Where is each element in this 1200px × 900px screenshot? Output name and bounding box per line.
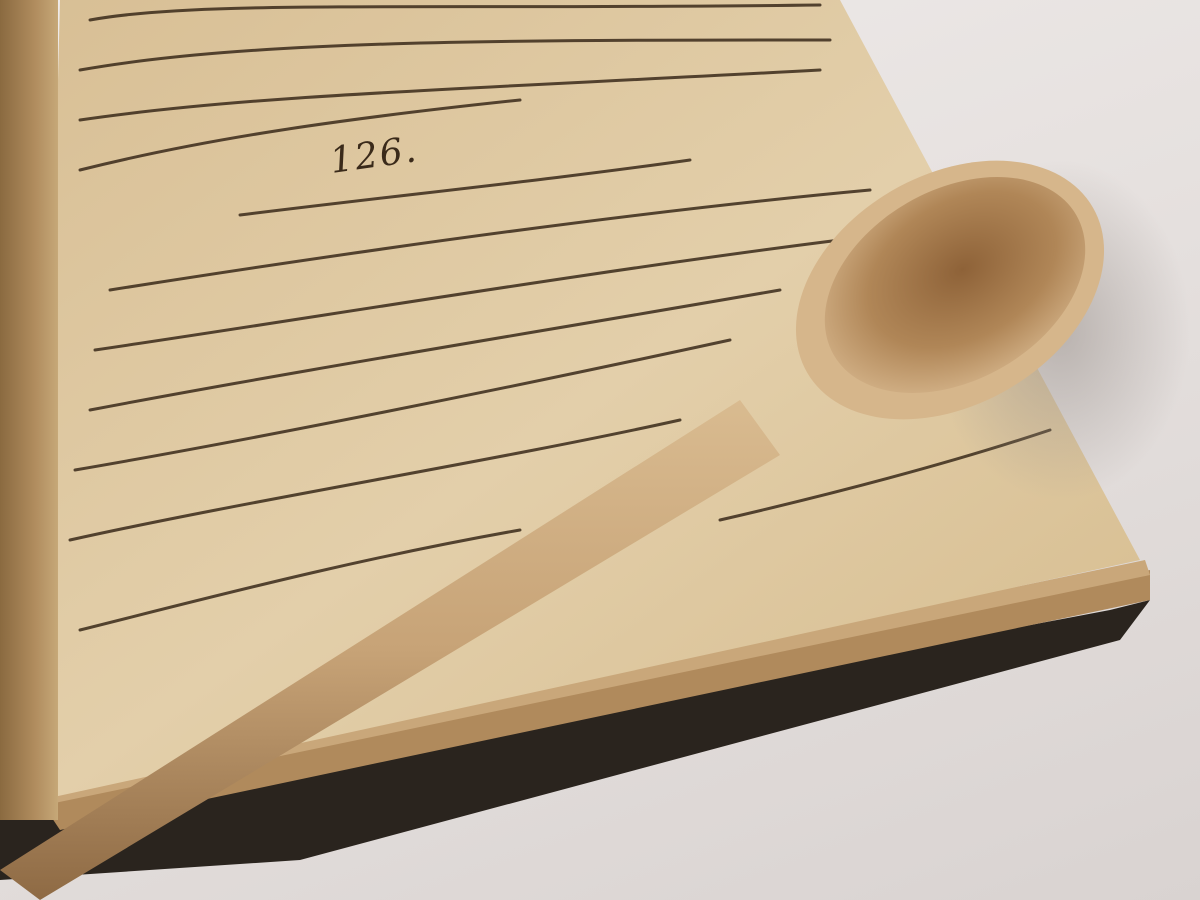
book-and-spoon-illustration: [0, 0, 1200, 900]
photo-scene: 126.: [0, 0, 1200, 900]
left-page-edge: [0, 0, 58, 820]
